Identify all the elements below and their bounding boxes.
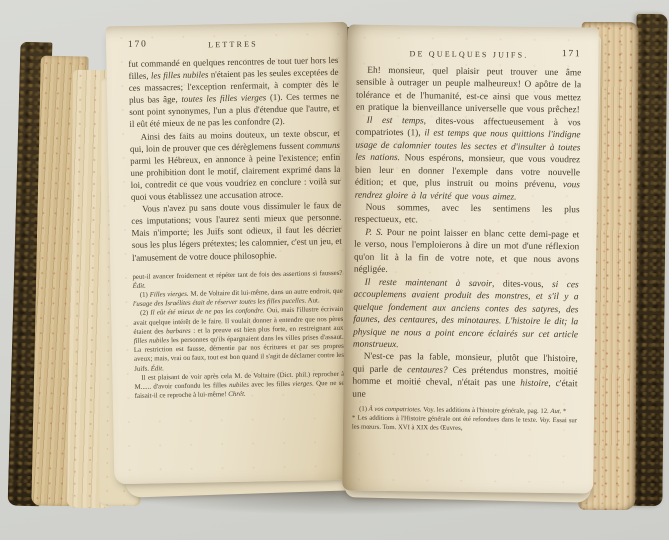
paragraph: Il reste maintenant à savoir, dites-vous… [353,276,579,353]
paragraph: (2) Il eût été mieux de ne pas les confo… [133,305,344,373]
paragraph: Nous sommes, avec les sentimens les plus… [354,202,579,230]
paragraph: fut commandé en quelques rencontres de t… [128,54,339,131]
right-running-title: DE QUELQUES JUIFS. [356,47,581,61]
left-page-text: fut commandé en quelques rencontres de t… [128,54,342,264]
right-page-footnotes: (1) À vos compatriotes. Voy. les additio… [352,406,577,435]
paragraph: N'est-ce pas la fable, monsieur, plutôt … [352,351,578,404]
right-page-header: DE QUELQUES JUIFS. 171 [356,47,581,63]
paragraph: Ainsi des faits au moins douteux, un tex… [130,126,341,203]
paragraph: Vous n'avez pu sans doute vous dissimule… [131,199,342,263]
paragraph: P. S. Pour ne point laisser en blanc cet… [354,226,580,279]
right-page: DE QUELQUES JUIFS. 171 Eh! monsieur, que… [342,24,599,493]
left-page: 170 LETTRES fut commandé en quelques ren… [106,22,357,485]
right-page-number: 171 [562,49,582,59]
open-book-photo: 170 LETTRES fut commandé en quelques ren… [0,0,669,540]
paragraph: Il est plaisant de voir après cela M. de… [134,370,344,402]
left-page-header: 170 LETTRES [128,36,338,53]
right-page-text: Eh! monsieur, quel plaisir peut trouver … [352,65,581,404]
left-running-title: LETTRES [128,36,338,51]
paragraph: Il est temps, dites-vous affectueusement… [355,114,581,204]
left-page-footnotes: peut-il avancer froidement et répéter ta… [132,268,344,401]
left-page-number: 170 [128,40,148,50]
paragraph: * Les additions à l'Histoire générale on… [352,415,577,435]
paragraph: Eh! monsieur, quel plaisir peut trouver … [356,65,582,118]
